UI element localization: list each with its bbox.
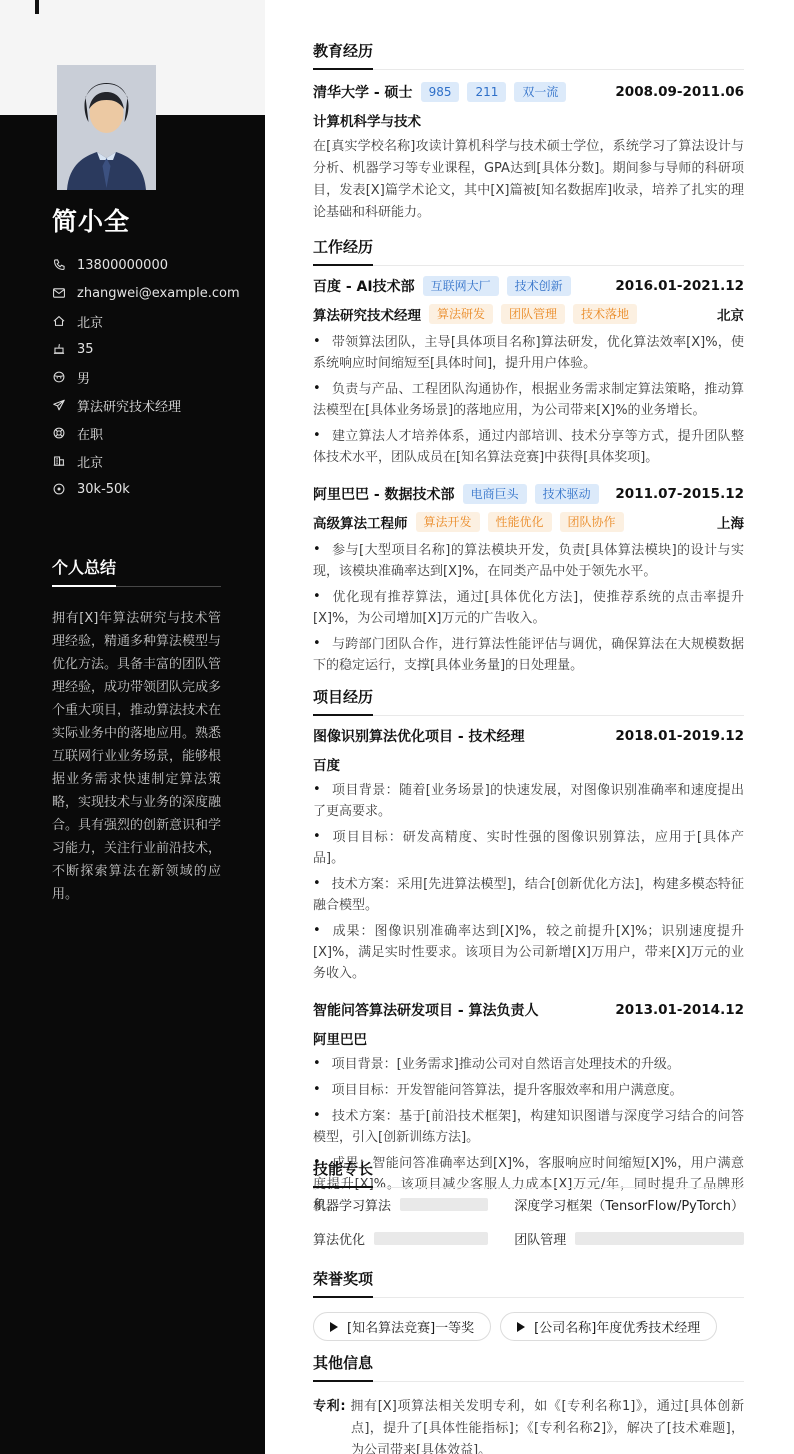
honor-label: [公司名称]年度优秀技术经理: [534, 1317, 700, 1336]
contact-email-value: zhangwei@example.com: [77, 286, 240, 301]
phone-icon: [52, 258, 66, 272]
summary-text: 拥有[X]年算法研究与技术管理经验，精通多种算法模型与优化方法。具备丰富的团队管…: [52, 607, 221, 906]
role-badge: 算法开发: [416, 512, 480, 532]
building-icon: [52, 454, 66, 468]
contact-salary-value: 30k-50k: [77, 482, 130, 497]
bullet-dot-icon: •: [313, 873, 321, 894]
contact-gender-value: 男: [77, 368, 90, 387]
education-description: 在[真实学校名称]攻读计算机科学与技术硕士学位，系统学习了算法设计与分析、机器学…: [313, 136, 744, 224]
contact-salary: 30k-50k: [52, 481, 221, 497]
project-bullet: •技术方案：基于[前沿技术框架]，构建知识图谱与深度学习结合的问答模型，引入[创…: [313, 1106, 744, 1148]
company-badge: 技术驱动: [535, 484, 599, 504]
section-projects[interactable]: 项目经历 图像识别算法优化项目 - 技术经理 2018.01-2019.12 百…: [313, 686, 744, 1232]
summary-section-title: 个人总结: [52, 555, 221, 587]
gender-icon: [52, 370, 66, 384]
other-title: 其他信息: [313, 1352, 744, 1382]
resume-main: 教育经历 清华大学 - 硕士 985 211 双一流 2008.09-2011.…: [313, 0, 744, 1454]
job-title: 高级算法工程师: [313, 512, 408, 532]
project-bullet: •成果：图像识别准确率达到[X]%，较之前提升[X]%；识别速度提升[X]%，满…: [313, 921, 744, 984]
company-name: 阿里巴巴 - 数据技术部: [313, 484, 455, 504]
education-badge: 211: [467, 82, 506, 102]
play-icon: [330, 1322, 338, 1332]
skill-bar: [374, 1232, 488, 1245]
skill-item: 机器学习算法: [313, 1194, 488, 1214]
age-icon: [52, 342, 66, 356]
honor-pill[interactable]: [知名算法竞赛]一等奖: [313, 1312, 491, 1341]
education-badge: 985: [421, 82, 460, 102]
education-badge: 双一流: [514, 82, 566, 102]
contact-job-status: 在职: [52, 425, 221, 441]
page-corner-mark: [35, 0, 39, 14]
contact-location: 北京: [52, 453, 221, 469]
project-bullet: •技术方案：采用[先进算法模型]，结合[创新优化方法]，构建多模态特征融合模型。: [313, 874, 744, 916]
company-badge: 技术创新: [507, 276, 571, 296]
work-location: 北京: [717, 304, 744, 324]
project-bullet: •项目目标：开发智能问答算法，提升客服效率和用户满意度。: [313, 1080, 744, 1101]
project-bullet: •项目背景：随着[业务场景]的快速发展，对图像识别准确率和速度提出了更高要求。: [313, 780, 744, 822]
bullet-dot-icon: •: [313, 1105, 321, 1126]
work-date: 2016.01-2021.12: [615, 278, 744, 294]
contact-target-job: 算法研究技术经理: [52, 397, 221, 413]
contact-location-value: 北京: [77, 452, 103, 471]
mail-icon: [52, 286, 66, 300]
section-honors[interactable]: 荣誉奖项 [知名算法竞赛]一等奖 [公司名称]年度优秀技术经理: [313, 1268, 744, 1341]
bullet-dot-icon: •: [313, 1079, 321, 1100]
education-title: 教育经历: [313, 40, 744, 70]
honors-title: 荣誉奖项: [313, 1268, 744, 1298]
school-name: 清华大学 - 硕士: [313, 82, 413, 102]
work-bullet: •负责与产品、工程团队沟通协作，根据业务需求制定算法策略，推动算法模型在[具体业…: [313, 379, 744, 421]
bullet-dot-icon: •: [313, 1053, 321, 1074]
person-name: 简小全: [52, 207, 221, 237]
company-badge: 互联网大厂: [423, 276, 499, 296]
work-entry[interactable]: 阿里巴巴 - 数据技术部 电商巨头 技术驱动 2011.07-2015.12 高…: [313, 484, 744, 676]
project-date: 2018.01-2019.12: [615, 728, 744, 744]
bullet-dot-icon: •: [313, 331, 321, 352]
home-icon: [52, 314, 66, 328]
contact-phone: 13800000000: [52, 257, 221, 273]
bullet-dot-icon: •: [313, 378, 321, 399]
contact-list: 13800000000 zhangwei@example.com 北京 35 男…: [52, 257, 221, 497]
contact-gender: 男: [52, 369, 221, 385]
contact-phone-value: 13800000000: [77, 258, 168, 273]
skill-label: 团队管理: [514, 1229, 566, 1248]
work-bullet: •建立算法人才培养体系，通过内部培训、技术分享等方式，提升团队整体技术水平，团队…: [313, 426, 744, 468]
education-date: 2008.09-2011.06: [615, 84, 744, 100]
skill-label: 算法优化: [313, 1229, 365, 1248]
skill-bar: [400, 1198, 488, 1211]
section-skills[interactable]: 技能专长 机器学习算法 深度学习框架（TensorFlow/PyTorch） 算…: [313, 1158, 744, 1248]
salary-icon: [52, 482, 66, 496]
bullet-dot-icon: •: [313, 779, 321, 800]
project-date: 2013.01-2014.12: [615, 1002, 744, 1018]
projects-title: 项目经历: [313, 686, 744, 716]
section-other[interactable]: 其他信息 专利: 拥有[X]项算法相关发明专利，如《[专利名称1]》，通过[具体…: [313, 1352, 744, 1454]
work-bullet: •与跨部门团队合作，进行算法性能评估与调优，确保算法在大规模数据下的稳定运行，支…: [313, 634, 744, 676]
contact-age-value: 35: [77, 342, 94, 357]
skills-title: 技能专长: [313, 1158, 744, 1188]
contact-city: 北京: [52, 313, 221, 329]
contact-city-value: 北京: [77, 312, 103, 331]
bullet-dot-icon: •: [313, 633, 321, 654]
sidebar: 简小全 13800000000 zhangwei@example.com 北京 …: [0, 0, 265, 1454]
project-name: 图像识别算法优化项目 - 技术经理: [313, 726, 525, 746]
play-icon: [517, 1322, 525, 1332]
honor-pill[interactable]: [公司名称]年度优秀技术经理: [500, 1312, 717, 1341]
work-bullet: •优化现有推荐算法，通过[具体优化方法]，使推荐系统的点击率提升[X]%，为公司…: [313, 587, 744, 629]
bullet-dot-icon: •: [313, 425, 321, 446]
bullet-dot-icon: •: [313, 826, 321, 847]
bullet-dot-icon: •: [313, 920, 321, 941]
role-badge: 技术落地: [573, 304, 637, 324]
education-major: 计算机科学与技术: [313, 110, 421, 130]
skill-item: 深度学习框架（TensorFlow/PyTorch）: [514, 1194, 744, 1214]
contact-email: zhangwei@example.com: [52, 285, 221, 301]
work-date: 2011.07-2015.12: [615, 486, 744, 502]
role-badge: 团队管理: [501, 304, 565, 324]
work-bullet: •带领算法团队，主导[具体项目名称]算法研发，优化算法效率[X]%，使系统响应时…: [313, 332, 744, 374]
send-icon: [52, 398, 66, 412]
contact-target-job-value: 算法研究技术经理: [77, 396, 181, 415]
role-badge: 性能优化: [488, 512, 552, 532]
bullet-dot-icon: •: [313, 586, 321, 607]
contact-job-status-value: 在职: [77, 424, 103, 443]
honor-label: [知名算法竞赛]一等奖: [347, 1317, 474, 1336]
project-bullet: •项目目标：研发高精度、实时性强的图像识别算法，应用于[具体产品]。: [313, 827, 744, 869]
skill-label: 机器学习算法: [313, 1195, 391, 1214]
work-entry[interactable]: 百度 - AI技术部 互联网大厂 技术创新 2016.01-2021.12 算法…: [313, 276, 744, 468]
company-badge: 电商巨头: [463, 484, 527, 504]
work-title: 工作经历: [313, 236, 744, 266]
bullet-dot-icon: •: [313, 539, 321, 560]
skill-item: 团队管理: [514, 1228, 744, 1248]
project-bullet: •项目背景：[业务需求]推动公司对自然语言处理技术的升级。: [313, 1054, 744, 1075]
role-badge: 算法研发: [429, 304, 493, 324]
section-work[interactable]: 工作经历 百度 - AI技术部 互联网大厂 技术创新 2016.01-2021.…: [313, 236, 744, 692]
skill-bar: [575, 1232, 744, 1245]
work-bullet: •参与[大型项目名称]的算法模块开发，负责[具体算法模块]的设计与实现，该模块准…: [313, 540, 744, 582]
patent-text: 专利: 拥有[X]项算法相关发明专利，如《[专利名称1]》，通过[具体创新点]，…: [313, 1396, 744, 1454]
project-entry[interactable]: 图像识别算法优化项目 - 技术经理 2018.01-2019.12 百度 •项目…: [313, 726, 744, 984]
project-company: 阿里巴巴: [313, 1028, 744, 1048]
contact-age: 35: [52, 341, 221, 357]
company-name: 百度 - AI技术部: [313, 276, 415, 296]
project-company: 百度: [313, 754, 744, 774]
section-education[interactable]: 教育经历 清华大学 - 硕士 985 211 双一流 2008.09-2011.…: [313, 40, 744, 224]
work-location: 上海: [717, 512, 744, 532]
patent-label: 专利:: [313, 1399, 346, 1414]
skill-item: 算法优化: [313, 1228, 488, 1248]
skill-label: 深度学习框架（TensorFlow/PyTorch）: [514, 1195, 744, 1214]
status-icon: [52, 426, 66, 440]
role-badge: 团队协作: [560, 512, 624, 532]
project-name: 智能问答算法研发项目 - 算法负责人: [313, 1000, 539, 1020]
job-title: 算法研究技术经理: [313, 304, 421, 324]
